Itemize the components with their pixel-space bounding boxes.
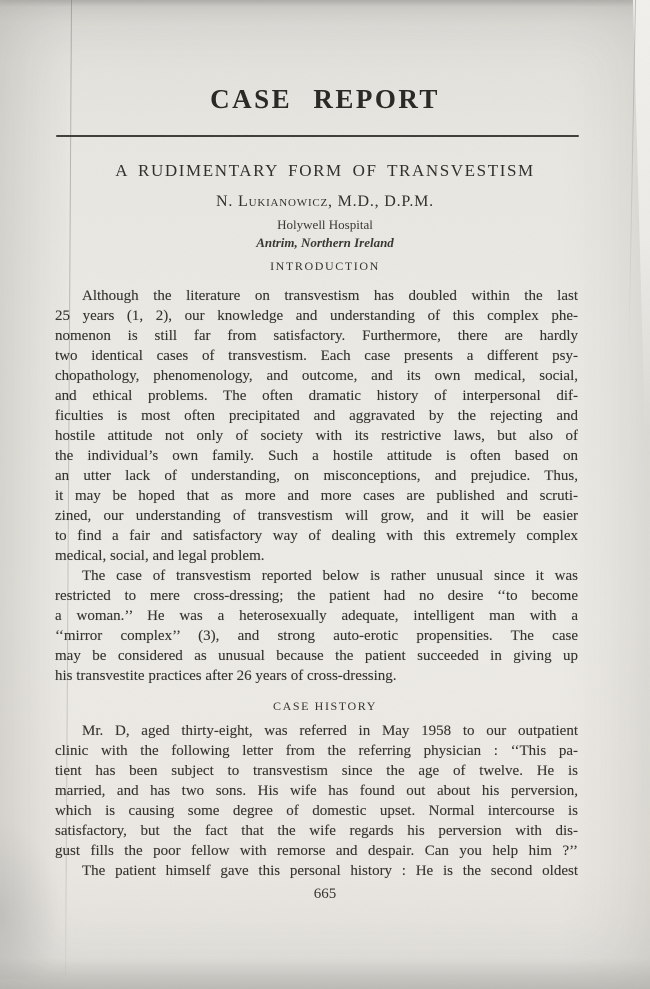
text-line: the individual’s own family. Such a host…: [55, 446, 578, 466]
intro-paragraph-1: Although the literature on transvestism …: [55, 286, 578, 566]
text-line: chopathology, phenomenology, and outcome…: [55, 366, 578, 386]
page-number: 665: [0, 886, 650, 903]
case-history-heading: CASE HISTORY: [0, 699, 650, 714]
text-line: which is causing some degree of domestic…: [55, 801, 578, 821]
text-line: restricted to mere cross-dressing; the p…: [55, 586, 578, 606]
affiliation-location: Antrim, Northern Ireland: [0, 235, 650, 251]
text-line: it may be hoped that as more and more ca…: [55, 486, 578, 506]
text-line: ficulties is most often precipitated and…: [55, 406, 578, 426]
text-line: an utter lack of understanding, on misco…: [55, 466, 578, 486]
text-line: 25 years (1, 2), our knowledge and under…: [55, 306, 578, 326]
text-line: may be considered as unusual because the…: [55, 646, 578, 666]
text-line: Although the literature on transvestism …: [55, 286, 578, 306]
text-line: tient has been subject to transvestism s…: [55, 761, 578, 781]
text-line: married, and has two sons. His wife has …: [55, 781, 578, 801]
text-line: two identical cases of transvestism. Eac…: [55, 346, 578, 366]
text-line: to find a fair and satisfactory way of d…: [55, 526, 578, 546]
introduction-heading: INTRODUCTION: [0, 259, 650, 274]
intro-paragraph-2: The case of transvestism reported below …: [55, 566, 578, 686]
text-line: zined, our understanding of transvestism…: [55, 506, 578, 526]
text-line: medical, social, and legal problem.: [55, 546, 578, 566]
text-line: nomenon is still far from satisfactory. …: [55, 326, 578, 346]
case-history-paragraph-2: The patient himself gave this personal h…: [55, 861, 578, 881]
text-line: Mr. D, aged thirty-eight, was referred i…: [55, 721, 578, 741]
text-line: a woman.’’ He was a heterosexually adequ…: [55, 606, 578, 626]
article-title: A RUDIMENTARY FORM OF TRANSVESTISM: [0, 161, 650, 181]
text-line: clinic with the following letter from th…: [55, 741, 578, 761]
text-line: ‘‘mirror complex’’ (3), and strong auto-…: [55, 626, 578, 646]
text-line: hostile attitude not only of society wit…: [55, 426, 578, 446]
case-history-paragraph-1: Mr. D, aged thirty-eight, was referred i…: [55, 721, 578, 861]
scan-page-edge: [633, 0, 650, 430]
header-rule: [56, 135, 579, 137]
author-byline: N. Lukianowicz, M.D., D.P.M.: [0, 193, 650, 211]
text-line: The patient himself gave this personal h…: [55, 861, 578, 881]
text-line: The case of transvestism reported below …: [55, 566, 578, 586]
affiliation-hospital: Holywell Hospital: [0, 217, 650, 233]
scanned-document-page: CASE REPORT A RUDIMENTARY FORM OF TRANSV…: [0, 0, 650, 989]
text-line: gust fills the poor fellow with remorse …: [55, 841, 578, 861]
journal-section-title: CASE REPORT: [0, 84, 650, 115]
text-line: his transvestite practices after 26 year…: [55, 666, 578, 686]
text-line: satisfactory, but the fact that the wife…: [55, 821, 578, 841]
text-line: and ethical problems. The often dramatic…: [55, 386, 578, 406]
